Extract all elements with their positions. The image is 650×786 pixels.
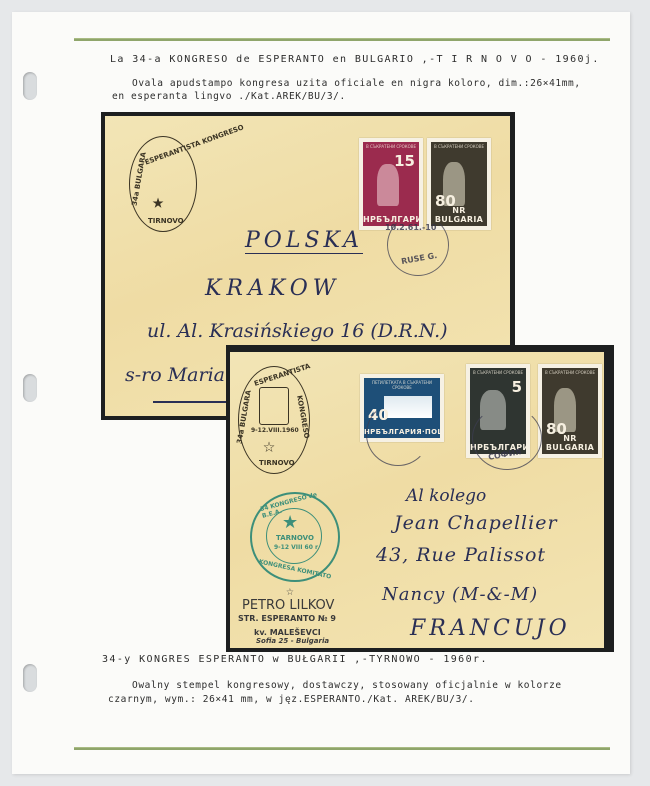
address-line1: Al kolego (406, 486, 486, 506)
sender-street: STR. ESPERANTO № 9 (238, 614, 336, 623)
address-line4: Nancy (M-&-M) (382, 584, 538, 605)
address-city: KRAKOW (205, 276, 340, 301)
stamp-country: NR BULGARIA (431, 206, 487, 224)
address-street: ul. Al. Krasińskiego 16 (D.R.N.) (147, 320, 448, 342)
oval-ring-top: ESPERANTISTA (253, 362, 311, 388)
album-page: La 34-a KONGRESO de ESPERANTO en BULGARI… (12, 12, 630, 774)
oval-ring-bottom: TIRNOVO (148, 217, 184, 225)
stamp-value: 15 (394, 152, 415, 170)
header-title: La 34-a KONGRESO de ESPERANTO en BULGARI… (110, 54, 600, 65)
star-icon: ★ (282, 512, 298, 533)
bottom-rule (74, 747, 610, 750)
binder-hole-middle (23, 374, 37, 402)
address-recipient: s-ro Marian (125, 364, 237, 386)
postmark-date: 10.2.61.-10 (385, 223, 436, 232)
oval-ring-bottom: TIRNOVO (259, 459, 295, 467)
congress-oval-stamp: ESPERANTISTA KONGRESO 34a BULGARA TIRNOV… (129, 136, 197, 232)
star-icon: ☆ (263, 433, 275, 457)
sender-city: Sofia 25 - Bulgaria (256, 637, 329, 645)
address-country: POLSKA (245, 228, 363, 254)
seal-center-line1: TARNOVO (276, 534, 314, 542)
oval-ring-side: 34a BULGARA (131, 152, 148, 207)
footer-desc-line2: czarnym, wym.: 26×41 mm, w jęz.ESPERANTO… (108, 694, 475, 705)
stamp-80: В СЪКРАТЕНИ СРОКОВЕ 80 NR BULGARIA (427, 138, 491, 230)
seal-center-line2: 9-12 VIII 60 r (274, 544, 318, 551)
binder-hole-bottom (23, 664, 37, 692)
tower-icon (259, 387, 289, 425)
address-line5: FRANCUJO (410, 616, 571, 641)
postmark-sofia-2 (472, 406, 542, 470)
oval-ring-top: ESPERANTISTA KONGRESO (144, 123, 245, 166)
congress-oval-stamp: ESPERANTISTA 34a BULGARA KONGRESO TIRNOV… (238, 366, 310, 474)
oval-ring-left: 34a BULGARA (236, 390, 253, 445)
postmark-sofia-1 (366, 402, 430, 466)
sender-district: kv. MALEŠEVCI (254, 628, 321, 637)
stamp-80: В СЪКРАТЕНИ СРОКОВЕ 80 NR BULGARIA (538, 364, 602, 458)
sender-name: PETRO LILKOV (242, 598, 334, 613)
committee-seal: 34 KONGRESO de B.E.A. ★ TARNOVO 9-12 VII… (250, 492, 340, 582)
header-desc-line2: en esperanta lingvo ./Kat.AREK/BU/3/. (112, 91, 346, 102)
stamp-country: NR BULGARIA (542, 434, 598, 452)
stamp-value: 5 (512, 378, 522, 396)
header-desc-line1: Ovala apudstampo kongresa uzita oficiale… (132, 78, 581, 89)
esperanto-star-icon: ☆ (286, 584, 294, 599)
footer-title: 34-y KONGRES ESPERANTO w BUŁGARII ,-TYRN… (102, 654, 488, 665)
top-rule (74, 38, 610, 41)
star-icon: ★ (152, 189, 164, 213)
address-line2: Jean Chapellier (394, 512, 558, 534)
envelope-front: ESPERANTISTA 34a BULGARA KONGRESO TIRNOV… (230, 352, 604, 648)
footer-desc-line1: Owalny stempel kongresowy, dostawczy, st… (132, 680, 562, 691)
address-line3: 43, Rue Palissot (376, 544, 546, 566)
binder-hole-top (23, 72, 37, 100)
